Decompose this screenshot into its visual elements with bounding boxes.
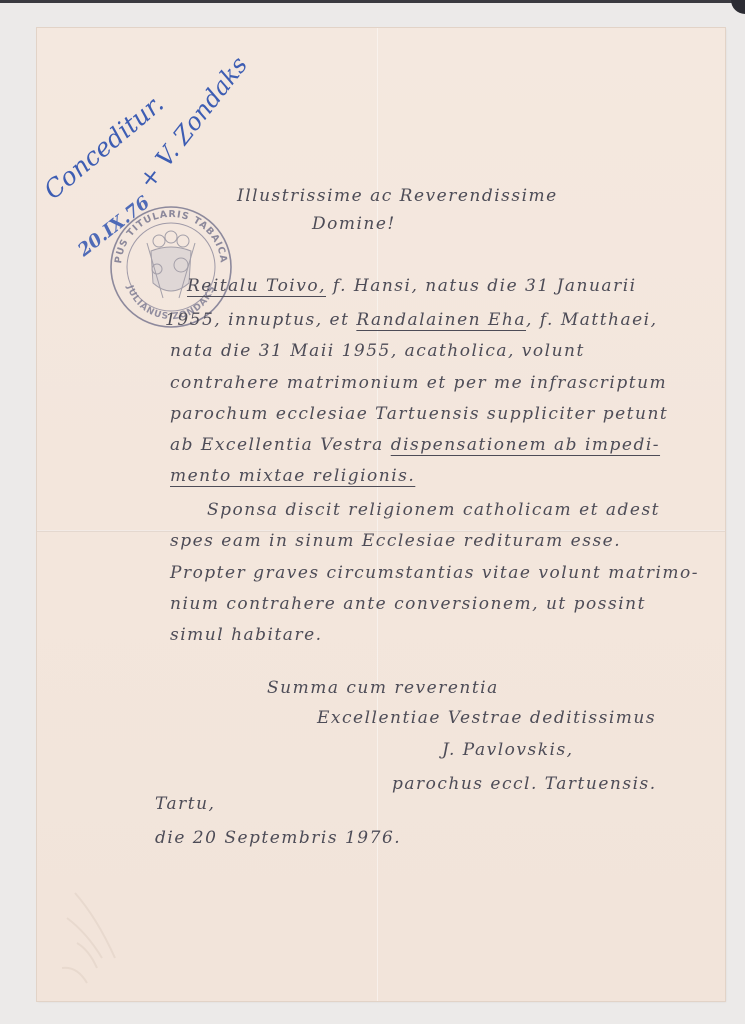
dispensation-request: dispensationem ab impedi- bbox=[391, 435, 660, 455]
text-line: Reitalu Toivo, f. Hansi, natus die 31 Ja… bbox=[187, 276, 637, 296]
scanner-edge bbox=[0, 0, 745, 3]
scanner-corner bbox=[731, 0, 745, 14]
place: Tartu, bbox=[155, 794, 215, 814]
letter-date: die 20 Septembris 1976. bbox=[155, 828, 401, 848]
closing-line-1: Summa cum reverentia bbox=[267, 678, 499, 698]
text-line: nium contrahere ante conversionem, ut po… bbox=[170, 594, 646, 614]
text-line: Propter graves circumstantias vitae volu… bbox=[170, 563, 699, 583]
text-line: 1955, innuptus, et Randalainen Eha, f. M… bbox=[165, 310, 658, 330]
text-line: simul habitare. bbox=[170, 625, 323, 645]
closing-line-2: Excellentiae Vestrae deditissimus bbox=[317, 708, 656, 728]
text-line: Sponsa discit religionem catholicam et a… bbox=[207, 500, 660, 520]
signature: J. Pavlovskis, bbox=[442, 740, 574, 760]
embossed-mark-icon bbox=[47, 888, 127, 998]
bride-name: Randalainen Eha bbox=[356, 310, 526, 330]
text-line: nata die 31 Maii 1955, acatholica, volun… bbox=[170, 341, 585, 361]
text-line: mento mixtae religionis. bbox=[170, 466, 415, 486]
salutation-line-1: Illustrissime ac Reverendissime bbox=[237, 186, 558, 206]
text-line: contrahere matrimonium et per me infrasc… bbox=[170, 373, 667, 393]
groom-name: Reitalu Toivo, bbox=[187, 276, 326, 296]
letter-paper: EPISCOPUS TITULARIS TABAICARENSIS JULIAN… bbox=[37, 28, 725, 1001]
salutation-line-2: Domine! bbox=[312, 214, 396, 234]
text-line: parochum ecclesiae Tartuensis supplicite… bbox=[170, 404, 668, 424]
text-line: ab Excellentia Vestra dispensationem ab … bbox=[170, 435, 660, 455]
text-line: spes eam in sinum Ecclesiae redituram es… bbox=[170, 531, 621, 551]
signer-title: parochus eccl. Tartuensis. bbox=[392, 774, 657, 794]
